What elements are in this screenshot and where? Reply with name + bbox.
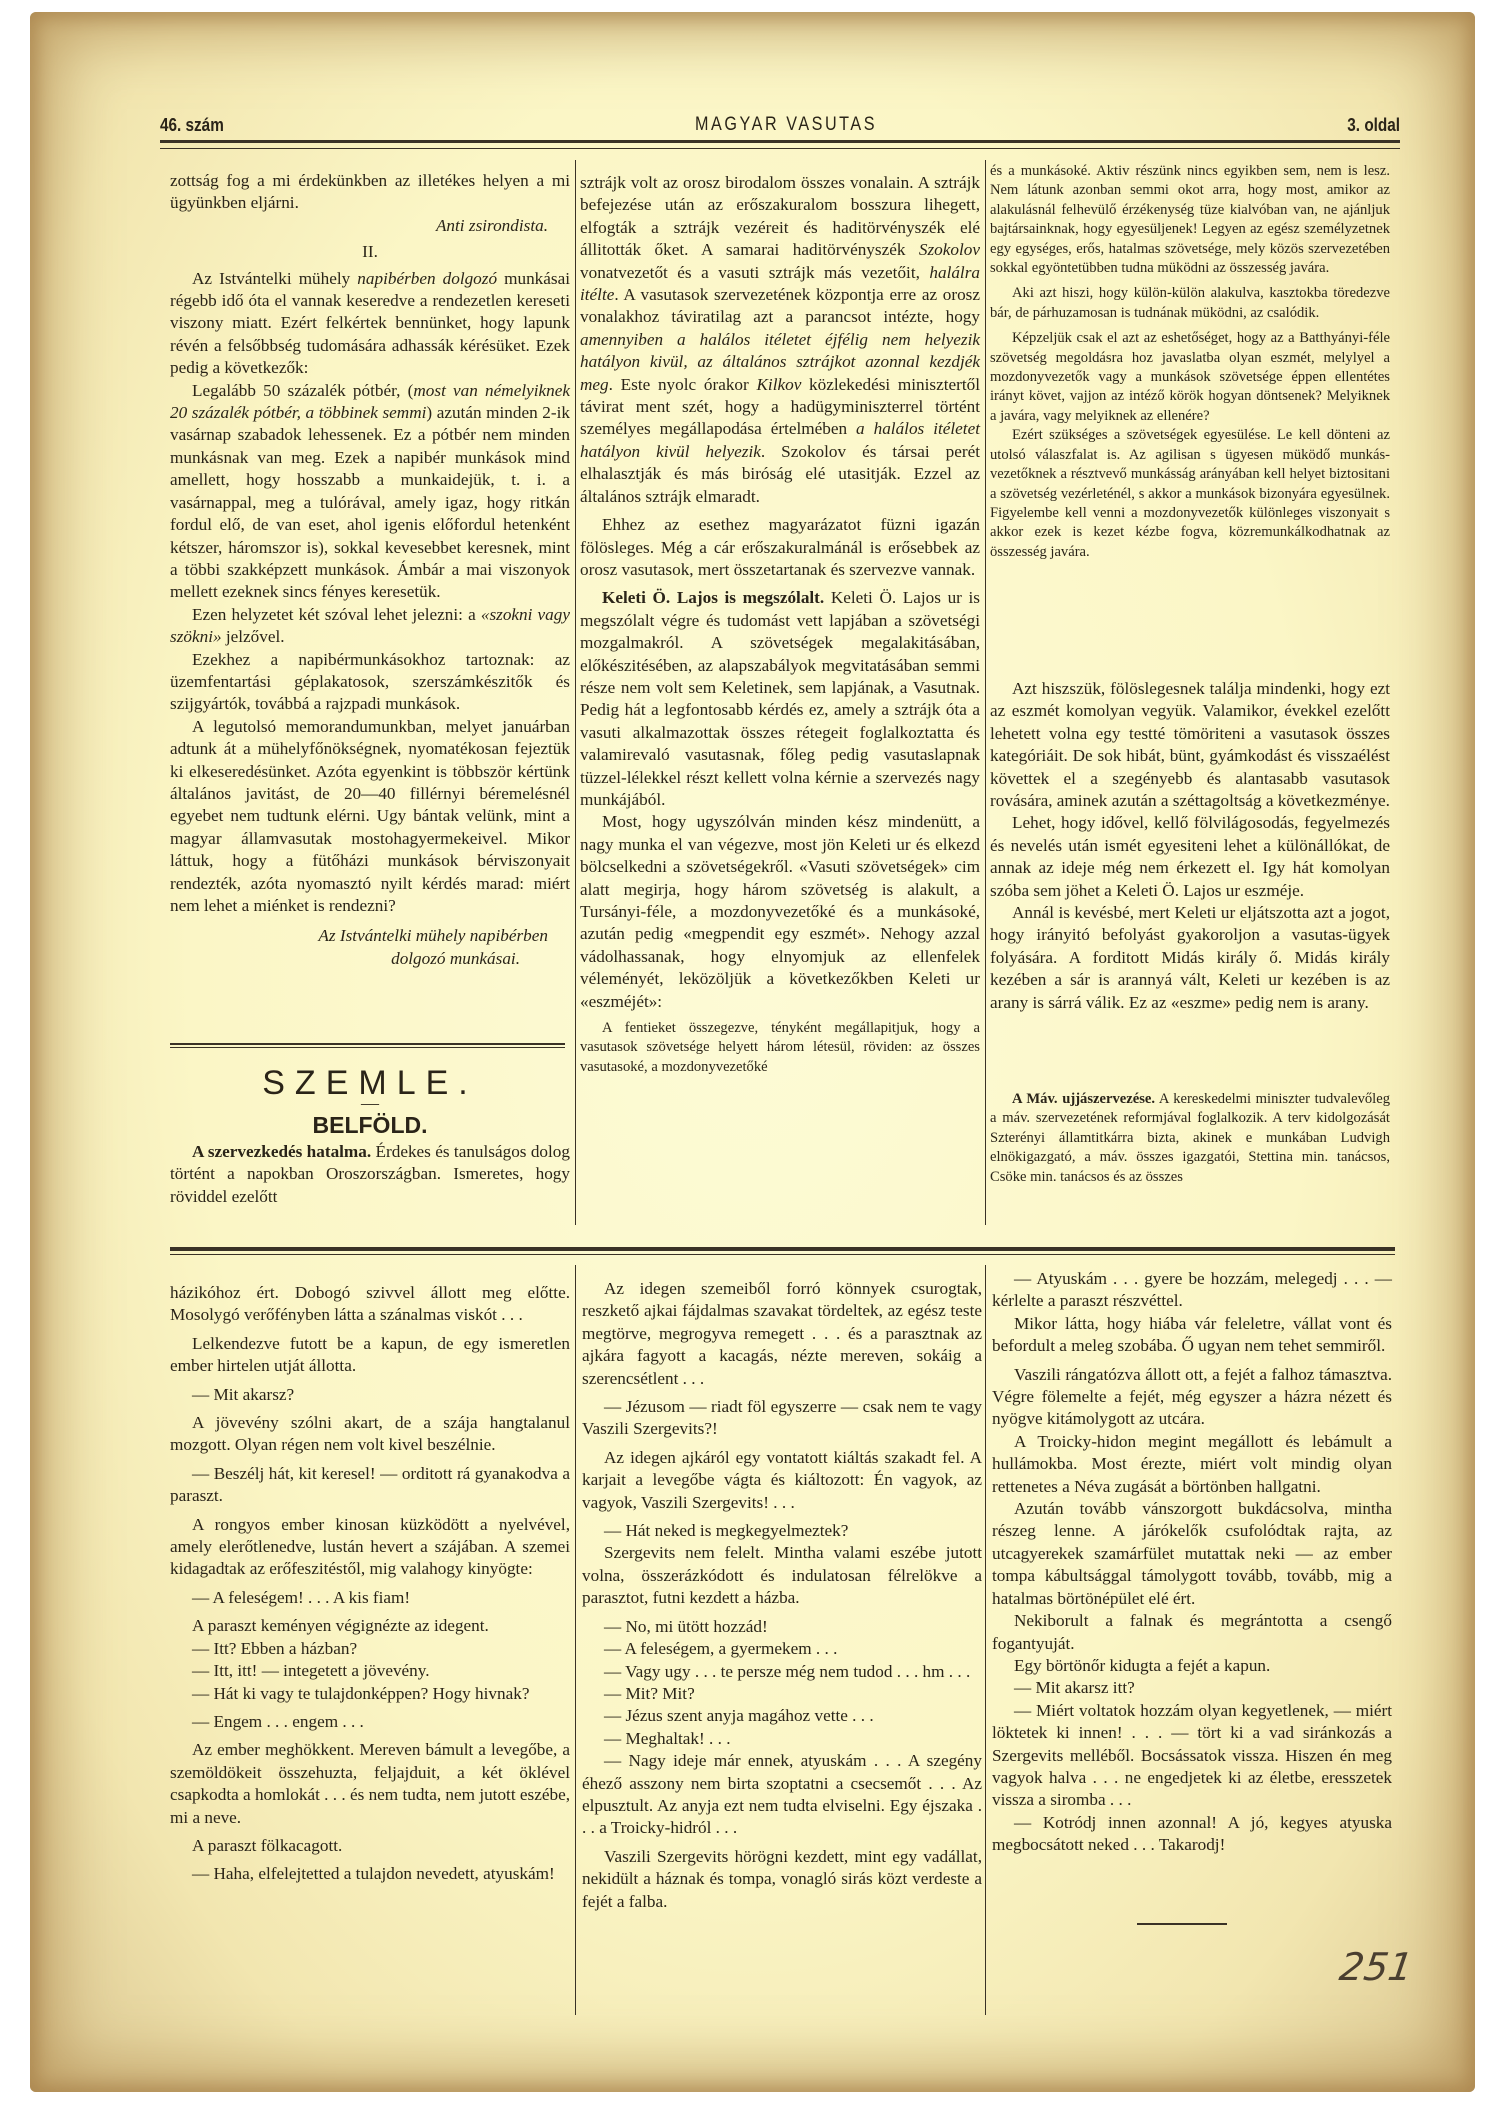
signature: Anti zsirondista. — [170, 215, 548, 237]
column-divider — [985, 160, 986, 1225]
quoted-paragraph: Ezért szükséges a szövetségek egyesülése… — [990, 426, 1390, 562]
page-number: 3. oldal — [1347, 115, 1400, 136]
story-paragraph: — Hát neked is megkegyelmeztek? — [582, 1520, 982, 1542]
column-divider — [985, 1265, 986, 2015]
subsection-heading: BELFÖLD. — [170, 1114, 570, 1136]
handwritten-page-number: 251 — [1337, 1945, 1416, 1989]
story-paragraph: — Nagy ideje már ennek, atyuskám . . . A… — [582, 1750, 982, 1840]
story-paragraph: Az ember meghökkent. Mereven bámult a le… — [170, 1739, 570, 1829]
story-paragraph: Nekiborult a falnak és megrántotta a cse… — [992, 1610, 1392, 1655]
quoted-paragraph: Képzeljük csak el azt az eshetőséget, ho… — [990, 329, 1390, 426]
paragraph: A Máv. ujjászervezése. A kereskedelmi mi… — [990, 1090, 1390, 1187]
story-paragraph: házikóhoz ért. Dobogó szivvel állott meg… — [170, 1282, 570, 1327]
story-paragraph: — Hát ki vagy te tulajdonképpen? Hogy hi… — [170, 1683, 570, 1705]
story-paragraph: — Jézus szent anyja magához vette . . . — [582, 1705, 982, 1727]
story-paragraph: A rongyos ember kinosan küzködött a nyel… — [170, 1514, 570, 1581]
paragraph: A legutolsó memorandumunkban, melyet jan… — [170, 716, 570, 918]
page-header: 46. szám MAGYAR VASUTAS 3. oldal — [160, 102, 1400, 136]
article-column-2: sztrájk volt az orosz birodalom összes v… — [580, 172, 980, 1077]
story-paragraph: Azután tovább vánszorgott bukdácsolva, m… — [992, 1498, 1392, 1610]
story-paragraph: — Mit? Mit? — [582, 1683, 982, 1705]
story-paragraph: — Mit akarsz itt? — [992, 1677, 1392, 1699]
paragraph: Ezekhez a napibérmunkásokhoz tartoznak: … — [170, 649, 570, 716]
story-paragraph: A jövevény szólni akart, de a szája hang… — [170, 1412, 570, 1457]
paragraph: Most, hogy ugyszólván minden kész minden… — [580, 811, 980, 1013]
story-paragraph: Mikor látta, hogy hiába vár feleletre, v… — [992, 1313, 1392, 1358]
masthead-title: MAGYAR VASUTAS — [696, 114, 878, 136]
story-paragraph: — A feleségem! . . . A kis fiam! — [170, 1587, 570, 1609]
section-heading: SZEMLE. — [170, 1072, 570, 1094]
story-paragraph: — Itt? Ebben a házban? — [170, 1638, 570, 1660]
quoted-paragraph: és a munkásoké. Aktiv részünk nincs egyi… — [990, 162, 1390, 278]
story-paragraph: — Atyuskám . . . gyere be hozzám, melege… — [992, 1268, 1392, 1313]
article-column-1: zottság fog a mi érdekünkben az illetéke… — [170, 170, 570, 970]
quoted-paragraph: A fentieket összegezve, tényként megálla… — [580, 1019, 980, 1077]
paragraph: Ezen helyzetet két szóval lehet jelezni:… — [170, 604, 570, 649]
section-number: II. — [170, 241, 570, 263]
story-paragraph: — Haha, elfelejtetted a tulajdon nevedet… — [170, 1863, 570, 1885]
quoted-paragraph: Aki azt hiszi, hogy külön-külön alakulva… — [990, 284, 1390, 323]
paragraph: Keleti Ö. Lajos is megszólalt. Keleti Ö.… — [580, 587, 980, 811]
story-paragraph: Vaszili Szergevits hörögni kezdett, mint… — [582, 1846, 982, 1913]
szemle-section: SZEMLE. — BELFÖLD. A szervezkedés hatalm… — [170, 1050, 570, 1208]
story-paragraph: — Vagy ugy . . . te persze még nem tudod… — [582, 1661, 982, 1683]
story-paragraph: Szergevits nem felelt. Mintha valami esz… — [582, 1542, 982, 1609]
story-paragraph: — Kotródj innen azonnal! A jó, kegyes at… — [992, 1812, 1392, 1857]
paragraph: A szervezkedés hatalma. Érdekes és tanul… — [170, 1141, 570, 1208]
issue-number: 46. szám — [160, 115, 224, 136]
feuilleton-rule — [170, 1247, 1395, 1255]
article-column-3: és a munkásoké. Aktiv részünk nincs egyi… — [990, 162, 1390, 562]
section-rule — [170, 1043, 565, 1048]
news-item-mav: A Máv. ujjászervezése. A kereskedelmi mi… — [990, 1090, 1390, 1187]
story-paragraph: A Troicky-hidon megint megállott és lebá… — [992, 1431, 1392, 1498]
story-paragraph: Lelkendezve futott be a kapun, de egy is… — [170, 1333, 570, 1378]
paragraph: Annál is kevésbé, mert Keleti ur eljátsz… — [990, 902, 1390, 1014]
story-paragraph: — Itt, itt! — integetett a jövevény. — [170, 1660, 570, 1682]
paragraph: Lehet, hogy idővel, kellő fölvilágosodás… — [990, 812, 1390, 902]
story-paragraph: — No, mi ütött hozzád! — [582, 1616, 982, 1638]
paragraph: Azt hiszszük, fölöslegesnek találja mind… — [990, 678, 1390, 812]
paragraph: sztrájk volt az orosz birodalom összes v… — [580, 172, 980, 508]
story-paragraph: — A feleségem, a gyermekem . . . — [582, 1638, 982, 1660]
story-paragraph: — Beszélj hát, kit keresel! — orditott r… — [170, 1463, 570, 1508]
end-rule — [1137, 1923, 1227, 1925]
column-divider — [575, 1265, 576, 2015]
story-column-3: — Atyuskám . . . gyere be hozzám, melege… — [992, 1268, 1392, 1857]
story-paragraph: Az idegen szemeiből forró könnyek csurog… — [582, 1278, 982, 1390]
story-paragraph: — Jézusom — riadt föl egyszerre — csak n… — [582, 1396, 982, 1441]
story-paragraph: A paraszt fölkacagott. — [170, 1835, 570, 1857]
story-paragraph: — Miért voltatok hozzám olyan kegyetlene… — [992, 1700, 1392, 1812]
story-paragraph: A paraszt keményen végignézte az idegent… — [170, 1615, 570, 1637]
paragraph: Legalább 50 százalék pótbér, (most van n… — [170, 380, 570, 604]
header-rule — [160, 140, 1400, 149]
story-paragraph: Az idegen ajkáról egy vontatott kiáltás … — [582, 1447, 982, 1514]
paragraph: Ehhez az esethez magyarázatot füzni igaz… — [580, 514, 980, 581]
paragraph: zottság fog a mi érdekünkben az illetéke… — [170, 170, 570, 215]
story-paragraph: — Engem . . . engem . . . — [170, 1711, 570, 1733]
story-paragraph: — Meghaltak! . . . — [582, 1728, 982, 1750]
story-column-1: házikóhoz ért. Dobogó szivvel állott meg… — [170, 1282, 570, 1886]
story-paragraph: Vaszili rángatózva állott ott, a fejét a… — [992, 1364, 1392, 1431]
paragraph: Az Istvántelki mühely napibérben dolgozó… — [170, 268, 570, 380]
story-column-2: Az idegen szemeiből forró könnyek csurog… — [582, 1278, 982, 1913]
signature: Az Istvántelki mühely napibérbendolgozó … — [170, 925, 548, 970]
story-paragraph: Egy börtönőr kidugta a fejét a kapun. — [992, 1655, 1392, 1677]
column-divider — [575, 160, 576, 1225]
story-paragraph: — Mit akarsz? — [170, 1384, 570, 1406]
heading-dash: — — [170, 1096, 570, 1110]
article-column-3-continued: Azt hiszszük, fölöslegesnek találja mind… — [990, 678, 1390, 1014]
